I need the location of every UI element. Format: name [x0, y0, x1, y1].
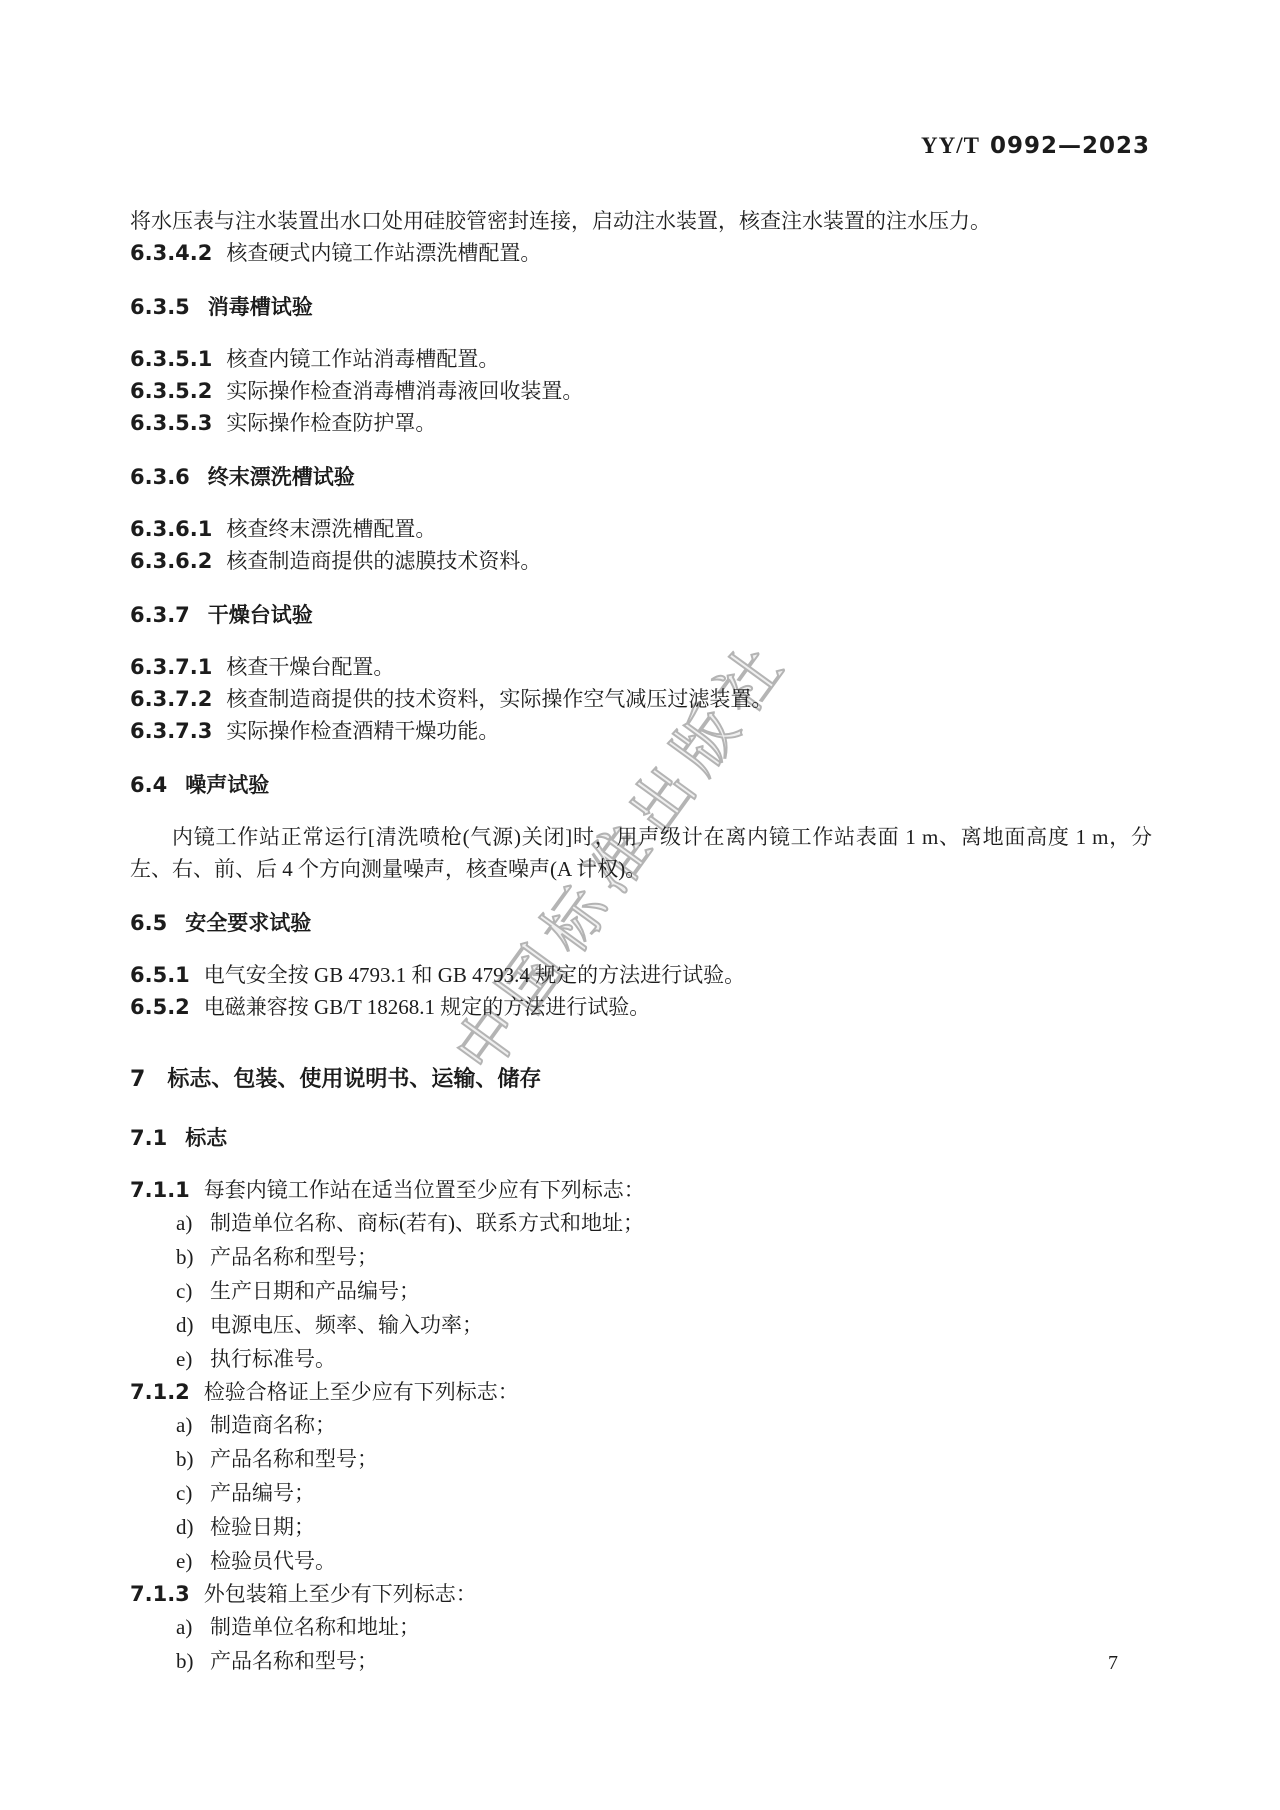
clause-6-3-7-1: 6.3.7.1核查干燥台配置。 — [130, 651, 1152, 683]
clause-6-3-6-2: 6.3.6.2核查制造商提供的滤膜技术资料。 — [130, 545, 1152, 577]
section-number: 6.3.5 — [130, 295, 190, 319]
clause-text: 电气安全按 GB 4793.1 和 GB 4793.4 规定的方法进行试验。 — [204, 963, 745, 987]
section-title: 安全要求试验 — [185, 911, 311, 935]
page-number: 7 — [1108, 1652, 1118, 1675]
paragraph-water-pressure: 将水压表与注水装置出水口处用硅胶管密封连接，启动注水装置，核查注水装置的注水压力… — [130, 205, 1152, 237]
clause-number: 6.3.5.2 — [130, 379, 212, 403]
list-label: b) — [176, 1442, 210, 1476]
section-number: 7.1 — [130, 1126, 167, 1150]
chapter-number: 7 — [130, 1067, 145, 1092]
clause-text: 核查制造商提供的技术资料，实际操作空气减压过滤装置。 — [226, 687, 772, 711]
clause-number: 6.3.5.1 — [130, 347, 212, 371]
list-text: 检验员代号。 — [210, 1549, 336, 1573]
section-title: 标志 — [185, 1126, 227, 1150]
standard-number-header: YY/T0992—2023 — [921, 133, 1150, 159]
clause-number: 6.3.6.1 — [130, 517, 212, 541]
section-heading-6-3-7: 6.3.7干燥台试验 — [130, 599, 1152, 631]
list-item: b)产品名称和型号； — [130, 1442, 1152, 1476]
clause-text: 核查终末漂洗槽配置。 — [226, 517, 436, 541]
clause-number: 6.3.7.2 — [130, 687, 212, 711]
list-item: e)执行标准号。 — [130, 1342, 1152, 1376]
list-label: e) — [176, 1544, 210, 1578]
standard-prefix: YY/T — [921, 133, 980, 158]
chapter-heading-7: 7标志、包装、使用说明书、运输、储存 — [130, 1063, 1152, 1096]
chapter-title: 标志、包装、使用说明书、运输、储存 — [167, 1067, 541, 1092]
section-number: 6.3.7 — [130, 603, 190, 627]
clause-text: 核查制造商提供的滤膜技术资料。 — [226, 549, 541, 573]
list-item: a)制造单位名称和地址； — [130, 1610, 1152, 1644]
clause-text: 实际操作检查消毒槽消毒液回收装置。 — [226, 379, 583, 403]
list-item: a)制造单位名称、商标(若有)、联系方式和地址； — [130, 1206, 1152, 1240]
clause-text: 每套内镜工作站在适当位置至少应有下列标志： — [204, 1178, 645, 1202]
clause-number: 6.5.1 — [130, 963, 190, 987]
list-item: c)生产日期和产品编号； — [130, 1274, 1152, 1308]
clause-text: 电磁兼容按 GB/T 18268.1 规定的方法进行试验。 — [204, 995, 650, 1019]
document-page: YY/T0992—2023 中国标准出版社 将水压表与注水装置出水口处用硅胶管密… — [0, 0, 1280, 1810]
list-label: d) — [176, 1308, 210, 1342]
clause-text: 外包装箱上至少有下列标志： — [204, 1582, 477, 1606]
clause-number: 6.3.7.1 — [130, 655, 212, 679]
list-text: 制造单位名称、商标(若有)、联系方式和地址； — [210, 1211, 644, 1235]
list-text: 制造商名称； — [210, 1413, 336, 1437]
clause-text: 核查内镜工作站消毒槽配置。 — [226, 347, 499, 371]
list-text: 检验日期； — [210, 1515, 315, 1539]
list-item: d)检验日期； — [130, 1510, 1152, 1544]
list-text: 产品编号； — [210, 1481, 315, 1505]
list-text: 执行标准号。 — [210, 1347, 336, 1371]
list-text: 电源电压、频率、输入功率； — [210, 1313, 483, 1337]
clause-number: 6.3.6.2 — [130, 549, 212, 573]
clause-7-1-1: 7.1.1每套内镜工作站在适当位置至少应有下列标志： — [130, 1174, 1152, 1206]
section-heading-6-4: 6.4噪声试验 — [130, 769, 1152, 801]
standard-number: 0992—2023 — [990, 133, 1150, 159]
list-item: b)产品名称和型号； — [130, 1240, 1152, 1274]
clause-number: 6.3.5.3 — [130, 411, 212, 435]
list-label: d) — [176, 1510, 210, 1544]
list-label: b) — [176, 1240, 210, 1274]
clause-6-3-7-3: 6.3.7.3实际操作检查酒精干燥功能。 — [130, 715, 1152, 747]
clause-number: 7.1.2 — [130, 1380, 190, 1404]
clause-6-3-7-2: 6.3.7.2核查制造商提供的技术资料，实际操作空气减压过滤装置。 — [130, 683, 1152, 715]
clause-6-3-5-3: 6.3.5.3实际操作检查防护罩。 — [130, 407, 1152, 439]
clause-text: 检验合格证上至少应有下列标志： — [204, 1380, 519, 1404]
list-label: e) — [176, 1342, 210, 1376]
list-label: a) — [176, 1206, 210, 1240]
list-item: b)产品名称和型号； — [130, 1644, 1152, 1678]
list-text: 产品名称和型号； — [210, 1245, 378, 1269]
section-number: 6.5 — [130, 911, 167, 935]
clause-number: 6.3.4.2 — [130, 241, 212, 265]
clause-text: 实际操作检查酒精干燥功能。 — [226, 719, 499, 743]
list-label: c) — [176, 1274, 210, 1308]
clause-number: 6.5.2 — [130, 995, 190, 1019]
list-item: d)电源电压、频率、输入功率； — [130, 1308, 1152, 1342]
section-heading-6-3-5: 6.3.5消毒槽试验 — [130, 291, 1152, 323]
section-title: 噪声试验 — [185, 773, 269, 797]
section-number: 6.4 — [130, 773, 167, 797]
list-label: a) — [176, 1610, 210, 1644]
section-heading-6-3-6: 6.3.6终末漂洗槽试验 — [130, 461, 1152, 493]
clause-6-5-1: 6.5.1电气安全按 GB 4793.1 和 GB 4793.4 规定的方法进行… — [130, 959, 1152, 991]
list-item: c)产品编号； — [130, 1476, 1152, 1510]
paragraph-noise-test: 内镜工作站正常运行[清洗喷枪(气源)关闭]时，用声级计在离内镜工作站表面 1 m… — [130, 821, 1152, 885]
list-text: 产品名称和型号； — [210, 1447, 378, 1471]
list-text: 制造单位名称和地址； — [210, 1615, 420, 1639]
section-heading-6-5: 6.5安全要求试验 — [130, 907, 1152, 939]
section-title: 消毒槽试验 — [208, 295, 313, 319]
list-text: 产品名称和型号； — [210, 1649, 378, 1673]
list-label: b) — [176, 1644, 210, 1678]
clause-6-3-6-1: 6.3.6.1核查终末漂洗槽配置。 — [130, 513, 1152, 545]
clause-7-1-2: 7.1.2检验合格证上至少应有下列标志： — [130, 1376, 1152, 1408]
clause-number: 6.3.7.3 — [130, 719, 212, 743]
section-number: 6.3.6 — [130, 465, 190, 489]
list-item: e)检验员代号。 — [130, 1544, 1152, 1578]
section-title: 终末漂洗槽试验 — [208, 465, 355, 489]
clause-number: 7.1.1 — [130, 1178, 190, 1202]
list-label: a) — [176, 1408, 210, 1442]
list-text: 生产日期和产品编号； — [210, 1279, 420, 1303]
clause-6-3-5-1: 6.3.5.1核查内镜工作站消毒槽配置。 — [130, 343, 1152, 375]
clause-6-3-4-2: 6.3.4.2核查硬式内镜工作站漂洗槽配置。 — [130, 237, 1152, 269]
clause-6-5-2: 6.5.2电磁兼容按 GB/T 18268.1 规定的方法进行试验。 — [130, 991, 1152, 1023]
section-heading-7-1: 7.1标志 — [130, 1122, 1152, 1154]
list-label: c) — [176, 1476, 210, 1510]
clause-number: 7.1.3 — [130, 1582, 190, 1606]
clause-text: 核查干燥台配置。 — [226, 655, 394, 679]
page-content: 将水压表与注水装置出水口处用硅胶管密封连接，启动注水装置，核查注水装置的注水压力… — [130, 205, 1152, 1678]
clause-7-1-3: 7.1.3外包装箱上至少有下列标志： — [130, 1578, 1152, 1610]
section-title: 干燥台试验 — [208, 603, 313, 627]
clause-text: 实际操作检查防护罩。 — [226, 411, 436, 435]
list-item: a)制造商名称； — [130, 1408, 1152, 1442]
clause-6-3-5-2: 6.3.5.2实际操作检查消毒槽消毒液回收装置。 — [130, 375, 1152, 407]
clause-text: 核查硬式内镜工作站漂洗槽配置。 — [226, 241, 541, 265]
